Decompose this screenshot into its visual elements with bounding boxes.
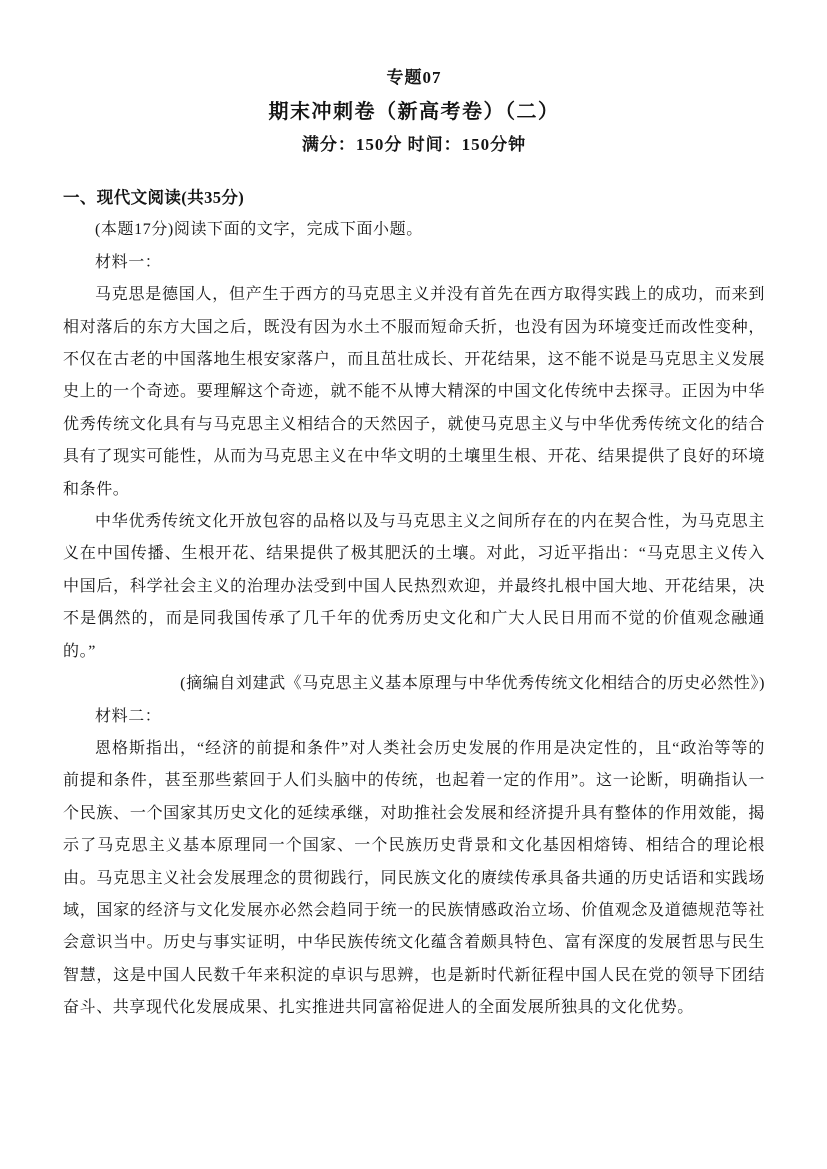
material-2-paragraph-1: 恩格斯指出，“经济的前提和条件”对人类社会历史发展的作用是决定性的，且“政治等等… [63, 733, 765, 1025]
exam-paper-page: 专题07 期末冲刺卷（新高考卷）（二） 满分：150分 时间：150分钟 一、现… [0, 0, 827, 1169]
document-header: 专题07 期末冲刺卷（新高考卷）（二） 满分：150分 时间：150分钟 [63, 64, 765, 159]
exam-content: 一、现代文阅读(共35分) (本题17分)阅读下面的文字，完成下面小题。 材料一… [63, 182, 765, 1025]
topic-title: 专题07 [63, 64, 765, 91]
material-2-label: 材料二： [63, 701, 765, 733]
exam-score-time-meta: 满分：150分 时间：150分钟 [63, 131, 765, 159]
exam-title: 期末冲刺卷（新高考卷）（二） [63, 96, 765, 129]
material-1-citation: (摘编自刘建武《马克思主义基本原理与中华优秀传统文化相结合的历史必然性》) [63, 668, 765, 700]
material-1-label: 材料一： [63, 247, 765, 279]
section-heading-modern-reading: 一、现代文阅读(共35分) [63, 182, 765, 214]
question-intro: (本题17分)阅读下面的文字，完成下面小题。 [63, 214, 765, 246]
material-1-paragraph-1: 马克思是德国人，但产生于西方的马克思主义并没有首先在西方取得实践上的成功，而来到… [63, 279, 765, 506]
material-1-paragraph-2: 中华优秀传统文化开放包容的品格以及与马克思主义之间所存在的内在契合性，为马克思主… [63, 506, 765, 668]
